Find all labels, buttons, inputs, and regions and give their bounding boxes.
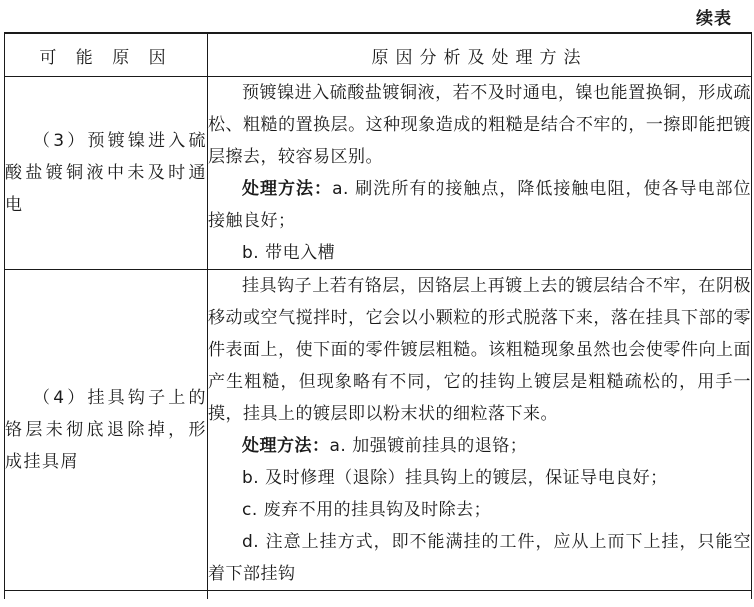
method-item: b. 及时修理（退除）挂具钩上的镀层，保证导电良好；: [208, 462, 751, 494]
method-item: a. 加强镀前挂具的退铬；: [330, 436, 528, 456]
cause-number: （4）: [5, 388, 87, 408]
method-item: b. 带电入槽: [208, 237, 751, 269]
method-label: 处理方法：: [242, 179, 332, 199]
continued-table-label: 续表: [696, 4, 732, 29]
analysis-paragraph: 挂具钩子上若有铬层，因铬层上再镀上去的镀层结合不牢，在阴极移动或空气搅拌时，它会…: [208, 270, 751, 430]
header-analysis-and-solution: 原因分析及处理方法: [208, 33, 752, 77]
method-item: d. 注意上挂方式，即不能满挂的工件，应从上而下上挂，只能空着下部挂钩: [208, 526, 751, 590]
cause-cell: （3）预镀镍进入硫酸盐镀铜液中未及时通电: [5, 77, 208, 270]
analysis-cell: 挂具钩子上若有铬层，因铬层上再镀上去的镀层结合不牢，在阴极移动或空气搅拌时，它会…: [208, 270, 752, 591]
table-continuation-row: [5, 591, 752, 600]
table-header-row: 可 能 原 因 原因分析及处理方法: [5, 33, 752, 77]
method-label: 处理方法：: [242, 436, 330, 456]
header-possible-cause: 可 能 原 因: [5, 33, 208, 77]
method-item: c. 废弃不用的挂具钩及时除去；: [208, 494, 751, 526]
analysis-paragraph: 预镀镍进入硫酸盐镀铜液，若不及时通电，镍也能置换铜，形成疏松、粗糙的置换层。这种…: [208, 77, 751, 173]
table-row: （3）预镀镍进入硫酸盐镀铜液中未及时通电 预镀镍进入硫酸盐镀铜液，若不及时通电，…: [5, 77, 752, 270]
analysis-cell: 预镀镍进入硫酸盐镀铜液，若不及时通电，镍也能置换铜，形成疏松、粗糙的置换层。这种…: [208, 77, 752, 270]
troubleshooting-table: 可 能 原 因 原因分析及处理方法 （3）预镀镍进入硫酸盐镀铜液中未及时通电 预…: [4, 32, 752, 599]
table-row: （4）挂具钩子上的铬层未彻底退除掉，形成挂具屑 挂具钩子上若有铬层，因铬层上再镀…: [5, 270, 752, 591]
cause-number: （3）: [5, 131, 87, 151]
continuation-cell-left: [5, 591, 208, 600]
cause-cell: （4）挂具钩子上的铬层未彻底退除掉，形成挂具屑: [5, 270, 208, 591]
continuation-cell-right: [208, 591, 752, 600]
